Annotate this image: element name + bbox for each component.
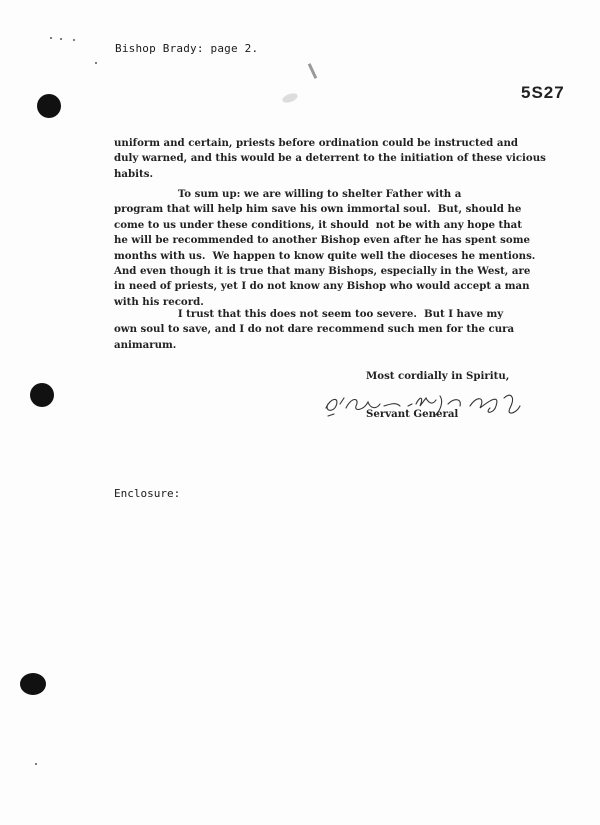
text-line: months with us. We happen to know quite … [114,249,584,264]
signature-title: Servant General [366,408,458,420]
punch-hole [20,673,46,695]
text-line: he will be recommended to another Bishop… [114,233,584,248]
paragraph-3: I trust that this does not seem too seve… [114,307,584,353]
text-line: And even though it is true that many Bis… [114,264,584,279]
scan-smudge [281,92,299,105]
paragraph-1: uniform and certain, priests before ordi… [114,136,584,182]
text-line: own soul to save, and I do not dare reco… [114,322,584,337]
document-number: 5S27 [521,83,565,103]
scan-speck [60,38,62,40]
scan-mark [308,63,317,79]
text-line: To sum up: we are willing to shelter Fat… [114,187,584,202]
paragraph-2: To sum up: we are willing to shelter Fat… [114,187,584,310]
punch-hole [37,94,61,118]
text-line: I trust that this does not seem too seve… [114,307,584,322]
scan-speck [35,763,37,765]
scan-speck [50,37,52,39]
text-line: program that will help him save his own … [114,202,584,217]
text-line: duly warned, and this would be a deterre… [114,151,584,166]
text-line: come to us under these conditions, it sh… [114,218,584,233]
closing-salutation: Most cordially in Spiritu, [366,370,509,382]
scan-speck [73,39,75,41]
text-line: uniform and certain, priests before ordi… [114,136,584,151]
scan-speck [95,62,97,64]
enclosure-note: Enclosure: [114,487,180,500]
page-header: Bishop Brady: page 2. [115,42,258,55]
text-line: in need of priests, yet I do not know an… [114,279,584,294]
document-page: Bishop Brady: page 2. 5S27 uniform and c… [0,0,600,825]
text-line: habits. [114,167,584,182]
text-line: animarum. [114,338,584,353]
punch-hole [30,383,54,407]
